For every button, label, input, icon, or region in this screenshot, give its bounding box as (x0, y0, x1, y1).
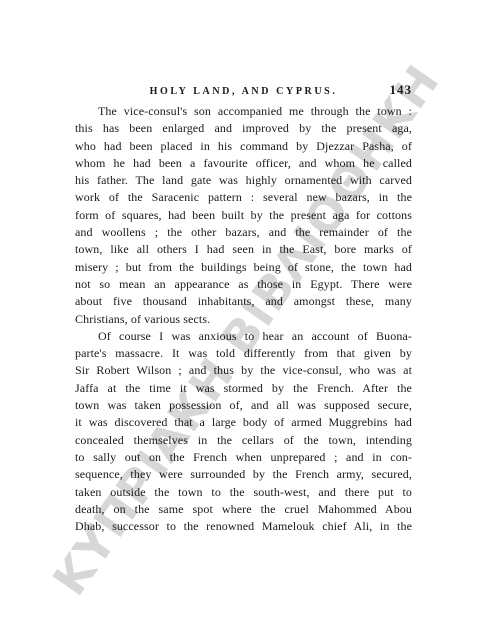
text-line: this has been enlarged and improved by t… (75, 120, 412, 137)
page-content: HOLY LAND, AND CYPRUS. 143 The vice-cons… (75, 82, 412, 535)
text-line: about five thousand inhabitants, and amo… (75, 293, 412, 310)
text-line: it was discovered that a large body of a… (75, 414, 412, 431)
book-page-scan: ΚΥΠΡΙΑΚΗ ΒΙΒΛΙΟΘΗΚΗ HOLY LAND, AND CYPRU… (0, 0, 490, 640)
text-line: who had been placed in his command by Dj… (75, 138, 412, 155)
text-line: Sir Robert Wilson ; and thus by the vice… (75, 362, 412, 379)
text-line: not so mean an appearance as those in Eg… (75, 276, 412, 293)
page-header: HOLY LAND, AND CYPRUS. 143 (75, 82, 412, 95)
text-line: Dhab, successor to the renowned Mamelouk… (75, 518, 412, 535)
text-line: taken outside the town to the south-west… (75, 484, 412, 501)
running-title: HOLY LAND, AND CYPRUS. (109, 86, 378, 97)
text-line: The vice-consul's son accompanied me thr… (75, 103, 412, 120)
paragraph-1: The vice-consul's son accompanied me thr… (75, 103, 412, 328)
text-line: Of course I was anxious to hear an accou… (75, 328, 412, 345)
text-line: sequence, they were surrounded by the Fr… (75, 466, 412, 483)
text-line: work of the Saracenic pattern : several … (75, 189, 412, 206)
text-line: and woollens ; the other bazars, and the… (75, 224, 412, 241)
text-line: whom he had been a favourite officer, an… (75, 155, 412, 172)
text-line: town, like all others I had seen in the … (75, 241, 412, 258)
text-line: parte's massacre. It was told differentl… (75, 345, 412, 362)
page-number: 143 (378, 82, 412, 98)
text-line: to sally out on the French when unprepar… (75, 449, 412, 466)
text-line: concealed themselves in the cellars of t… (75, 432, 412, 449)
text-line: Jaffa at the time it was stormed by the … (75, 380, 412, 397)
text-line: misery ; but from the buildings being of… (75, 259, 412, 276)
paragraph-2: Of course I was anxious to hear an accou… (75, 328, 412, 536)
text-line: town was taken possession of, and all wa… (75, 397, 412, 414)
text-line: death, on the same spot where the cruel … (75, 501, 412, 518)
text-line: Christians, of various sects. (75, 311, 412, 328)
text-line: form of squares, had been built by the p… (75, 207, 412, 224)
text-line: his father. The land gate was highly orn… (75, 172, 412, 189)
